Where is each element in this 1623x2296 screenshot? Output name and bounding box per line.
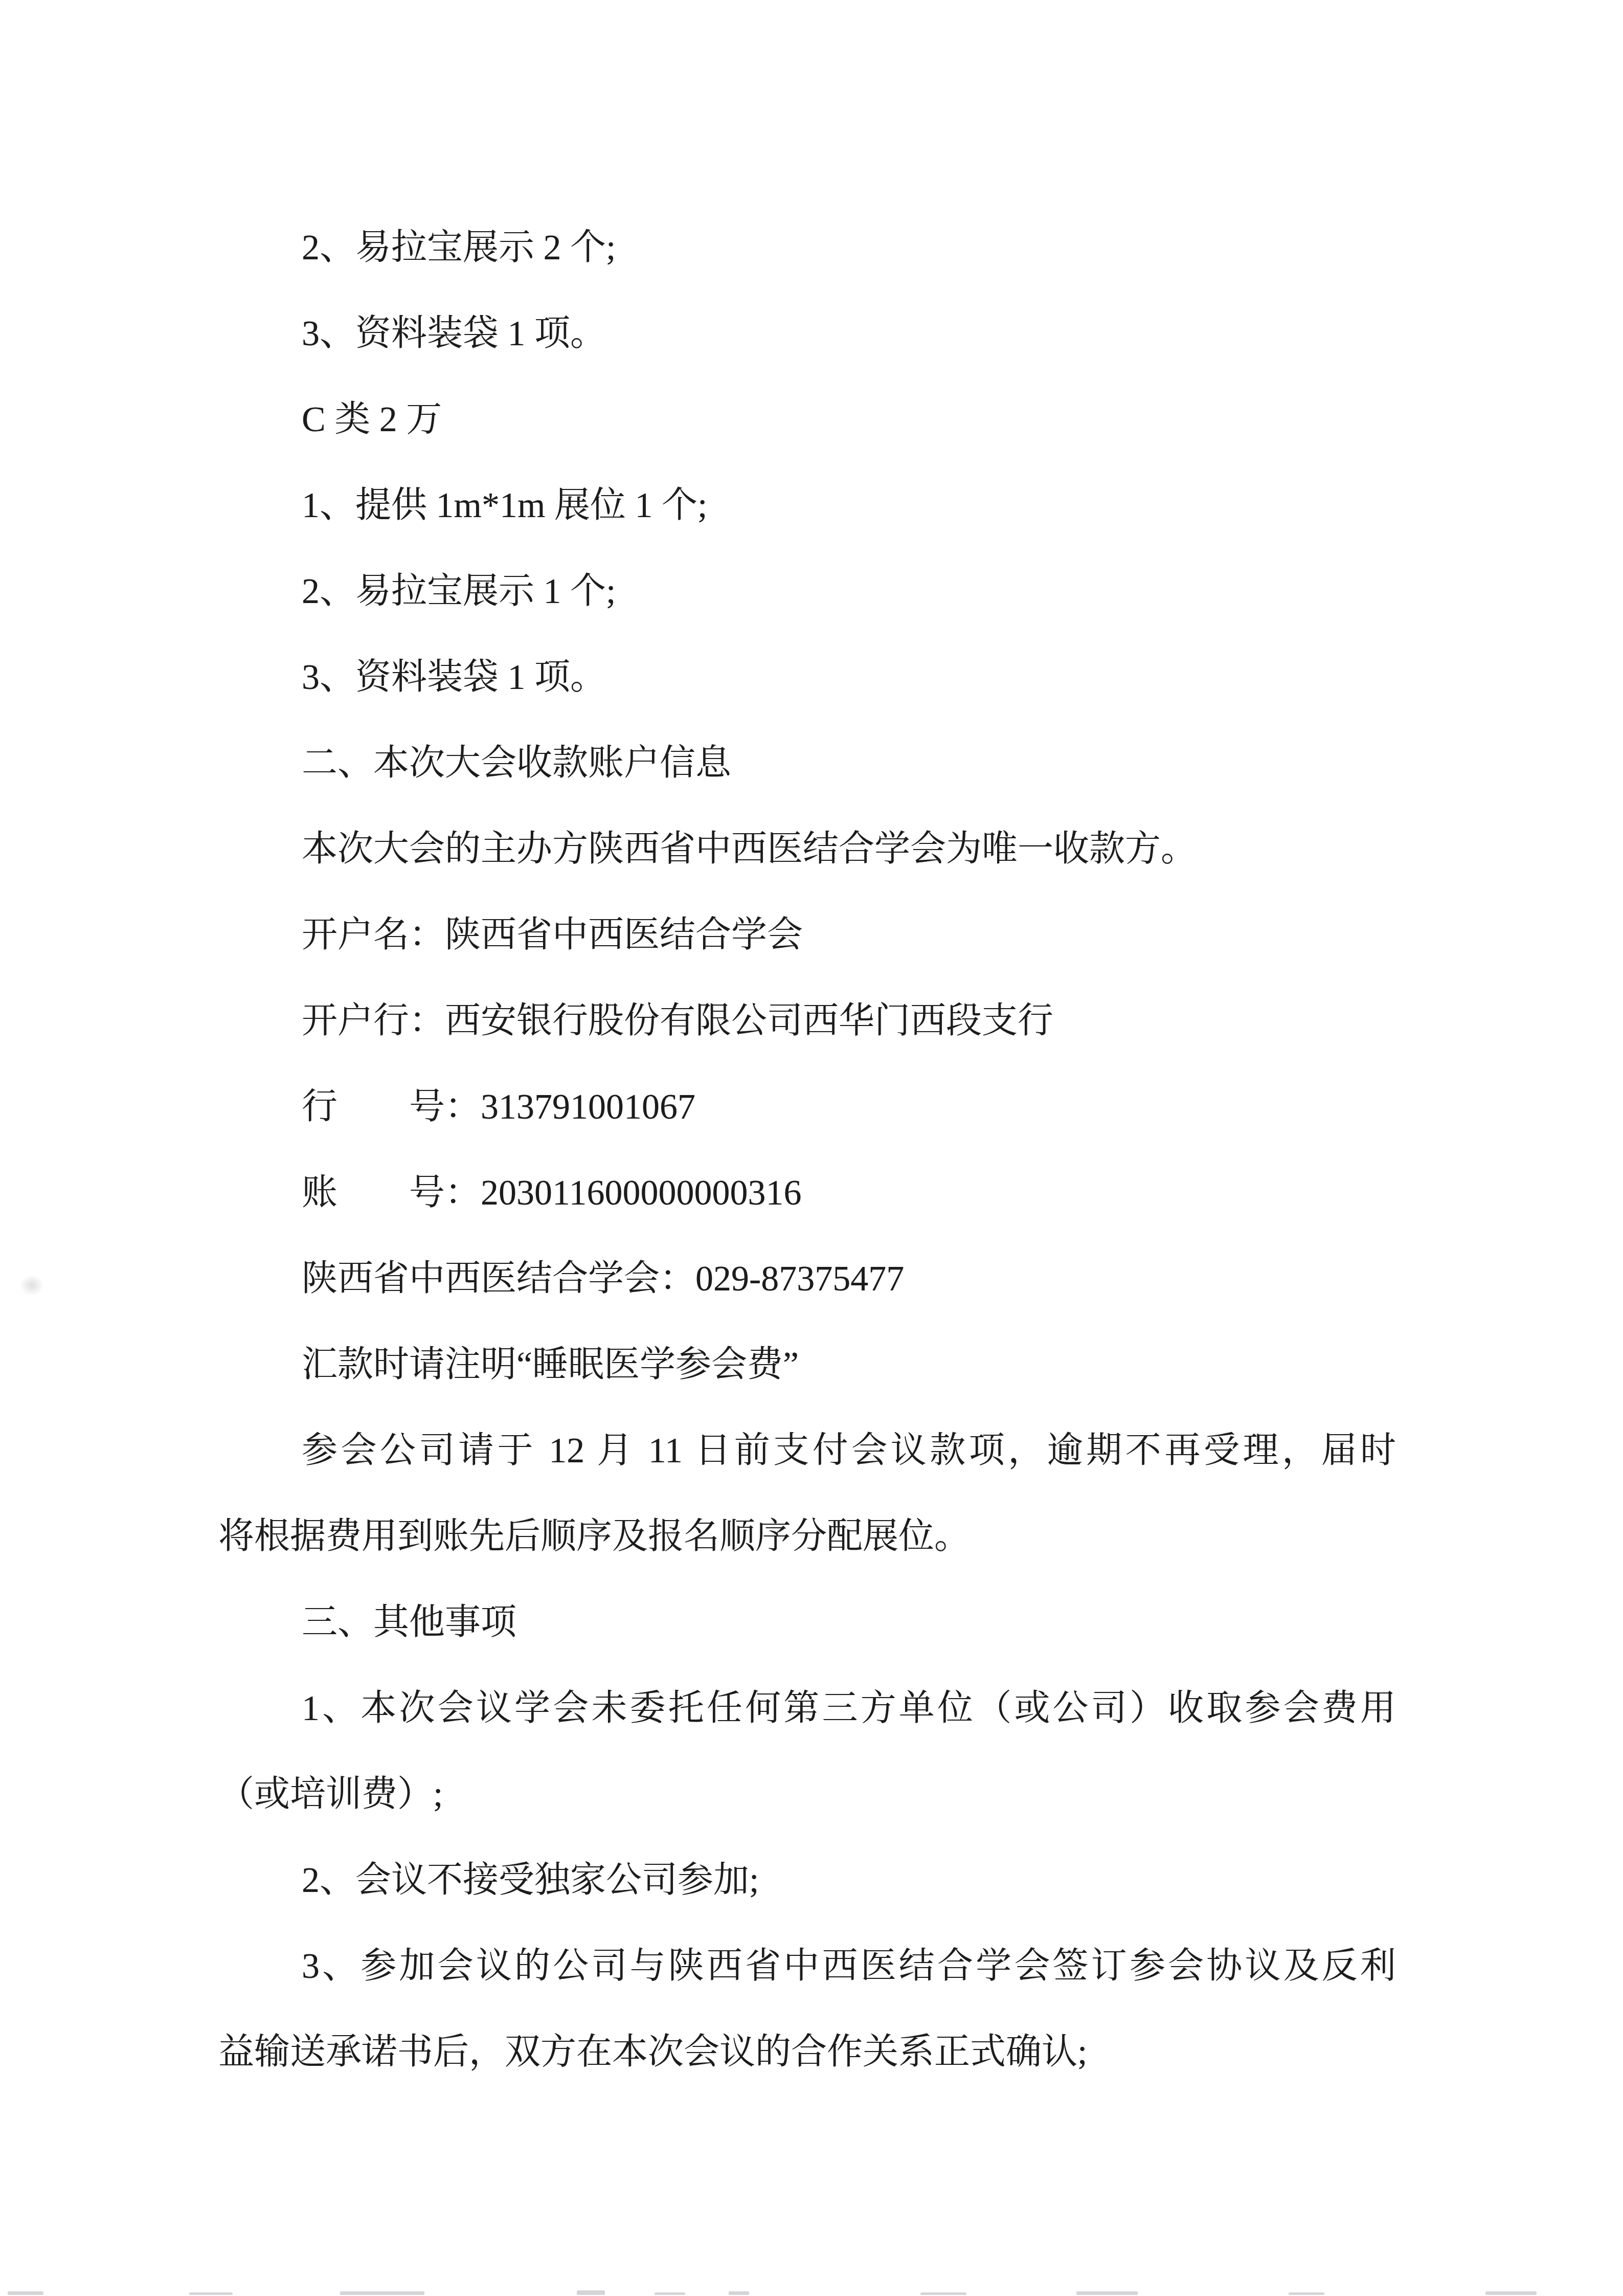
text-line: 3、资料装袋 1 项。 <box>218 635 1396 721</box>
document-page: 2、易拉宝展示 2 个;3、资料装袋 1 项。C 类 2 万1、提供 1m*1m… <box>0 0 1623 2296</box>
text-line: 陕西省中西医结合学会：029-87375477 <box>218 1236 1396 1322</box>
scan-smudge-artifact <box>19 1275 44 1296</box>
text-line: （或培训费）; <box>218 1752 1396 1838</box>
text-line: 参会公司请于 12 月 11 日前支付会议款项，逾期不再受理，届时 <box>218 1408 1396 1494</box>
text-line: 二、本次大会收款账户信息 <box>218 721 1396 807</box>
text-line: C 类 2 万 <box>218 377 1396 463</box>
text-line: 3、参加会议的公司与陕西省中西医结合学会签订参会协议及反利 <box>218 1924 1396 2010</box>
text-line: 汇款时请注明“睡眠医学参会费” <box>218 1322 1396 1408</box>
text-line: 开户行：西安银行股份有限公司西华门西段支行 <box>218 978 1396 1064</box>
text-line: 将根据费用到账先后顺序及报名顺序分配展位。 <box>218 1494 1396 1580</box>
document-body: 2、易拉宝展示 2 个;3、资料装袋 1 项。C 类 2 万1、提供 1m*1m… <box>218 205 1396 2096</box>
text-line: 2、易拉宝展示 2 个; <box>218 205 1396 291</box>
text-line: 2、会议不接受独家公司参加; <box>218 1838 1396 1924</box>
text-line: 本次大会的主办方陕西省中西医结合学会为唯一收款方。 <box>218 807 1396 893</box>
text-line: 3、资料装袋 1 项。 <box>218 291 1396 377</box>
text-line: 1、提供 1m*1m 展位 1 个; <box>218 463 1396 549</box>
text-line: 2、易拉宝展示 1 个; <box>218 549 1396 635</box>
text-line: 行 号：313791001067 <box>218 1064 1396 1150</box>
text-line: 开户名：陕西省中西医结合学会 <box>218 893 1396 978</box>
text-line: 三、其他事项 <box>218 1580 1396 1666</box>
text-line: 1、本次会议学会未委托任何第三方单位（或公司）收取参会费用 <box>218 1666 1396 1752</box>
text-line: 账 号：203011600000000316 <box>218 1150 1396 1236</box>
scan-bottom-edge-artifact <box>0 2290 1623 2296</box>
text-line: 益输送承诺书后，双方在本次会议的合作关系正式确认; <box>218 2010 1396 2096</box>
